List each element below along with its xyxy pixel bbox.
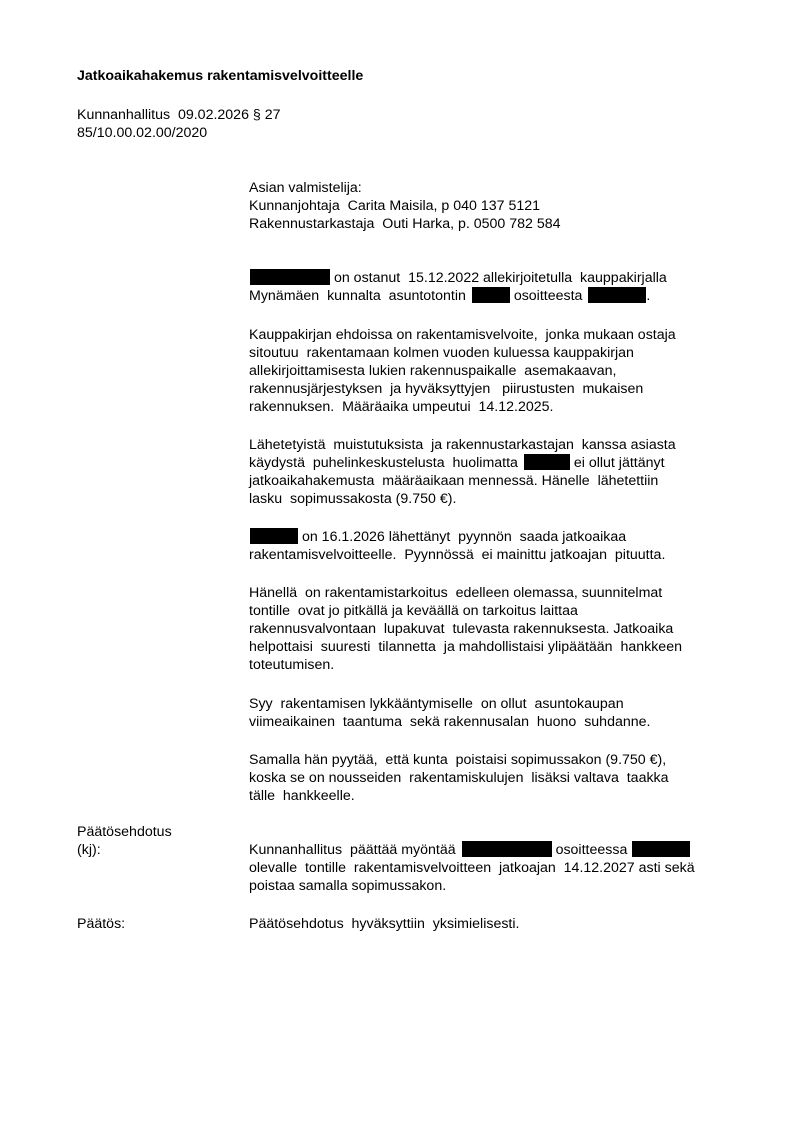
paragraph-request: on 16.1.2026 lähettänyt pyynnön saada ja…: [249, 528, 749, 564]
proposal-text: Kunnanhallitus päättää myöntää osoittees…: [249, 841, 749, 895]
paragraph-intent: Hänellä on rakentamistarkoitus edelleen …: [249, 584, 749, 674]
redacted-name: [462, 841, 552, 857]
meeting-info: Kunnanhallitus 09.02.2026 § 27 85/10.00.…: [77, 106, 281, 142]
paragraph-line: Hänellä on rakentamistarkoitus edelleen …: [249, 584, 749, 602]
label-text: Päätösehdotus: [77, 823, 172, 841]
proposal-label: Päätösehdotus (kj):: [77, 823, 172, 859]
redacted-plot-number: [472, 287, 510, 303]
redacted-address: [588, 287, 646, 303]
decision-text: Päätösehdotus hyväksyttiin yksimielisest…: [249, 915, 749, 933]
paragraph-line: allekirjoittamisesta lukien rakennuspaik…: [249, 362, 749, 380]
paragraph-line: jatkoaikahakemusta määräaikaan mennessä.…: [249, 472, 749, 490]
redacted-name: [524, 454, 570, 470]
paragraph-line: toteutumisen.: [249, 656, 749, 674]
document-page: Jatkoaikahakemus rakentamisvelvoitteelle…: [0, 0, 794, 1122]
text-segment: käydystä puhelinkeskustelusta huolimatta: [249, 455, 518, 471]
preparer-block: Asian valmistelija: Kunnanjohtaja Carita…: [249, 179, 749, 233]
paragraph-line: on 16.1.2026 lähettänyt pyynnön saada ja…: [249, 528, 749, 546]
paragraph-line: tontille ovat jo pitkällä ja keväällä on…: [249, 602, 749, 620]
record-number: 85/10.00.02.00/2020: [77, 124, 281, 142]
text-segment: .: [646, 288, 650, 304]
text-segment: ei ollut jättänyt: [574, 455, 665, 471]
paragraph-line: käydystä puhelinkeskustelusta huolimatta…: [249, 454, 749, 472]
paragraph-line: Lähetetyistä muistutuksista ja rakennust…: [249, 436, 749, 454]
paragraph-penalty-request: Samalla hän pyytää, että kunta poistaisi…: [249, 751, 749, 805]
preparer-line: Rakennustarkastaja Outi Harka, p. 0500 7…: [249, 215, 749, 233]
paragraph-line: Kunnanhallitus päättää myöntää osoittees…: [249, 841, 749, 859]
paragraph-line: Kauppakirjan ehdoissa on rakentamisvelvo…: [249, 326, 749, 344]
paragraph-line: Syy rakentamisen lykkääntymiselle on oll…: [249, 695, 749, 713]
decision-label: Päätös:: [77, 915, 125, 933]
paragraph-line: lasku sopimussakosta (9.750 €).: [249, 490, 749, 508]
paragraph-line: viimeaikainen taantuma sekä rakennusalan…: [249, 713, 749, 731]
paragraph-reminders: Lähetetyistä muistutuksista ja rakennust…: [249, 436, 749, 508]
paragraph-line: tälle hankkeelle.: [249, 787, 749, 805]
text-segment: Mynämäen kunnalta asuntotontin: [249, 288, 466, 304]
paragraph-line: rakennuksen. Määräaika umpeutui 14.12.20…: [249, 398, 749, 416]
paragraph-purchase: on ostanut 15.12.2022 allekirjoitetulla …: [249, 269, 749, 305]
text-segment: Kunnanhallitus päättää myöntää: [249, 842, 456, 858]
paragraph-line: Samalla hän pyytää, että kunta poistaisi…: [249, 751, 749, 769]
preparer-line: Kunnanjohtaja Carita Maisila, p 040 137 …: [249, 197, 749, 215]
text-segment: osoitteesta: [514, 288, 583, 304]
preparer-heading: Asian valmistelija:: [249, 179, 749, 197]
redacted-name: [250, 269, 330, 285]
paragraph-reason: Syy rakentamisen lykkääntymiselle on oll…: [249, 695, 749, 731]
document-title: Jatkoaikahakemus rakentamisvelvoitteelle: [77, 68, 363, 84]
text-segment: on ostanut 15.12.2022 allekirjoitetulla …: [334, 270, 667, 286]
text-segment: on 16.1.2026 lähettänyt pyynnön saada ja…: [302, 529, 626, 545]
paragraph-line: Päätösehdotus hyväksyttiin yksimielisest…: [249, 915, 749, 933]
redacted-address: [632, 841, 690, 857]
paragraph-line: rakentamisvelvoitteelle. Pyynnössä ei ma…: [249, 546, 749, 564]
paragraph-line: Mynämäen kunnalta asuntotontin osoittees…: [249, 287, 749, 305]
paragraph-line: sitoutuu rakentamaan kolmen vuoden kulue…: [249, 344, 749, 362]
paragraph-line: rakennusjärjestyksen ja hyväksyttyjen pi…: [249, 380, 749, 398]
paragraph-line: poistaa samalla sopimussakon.: [249, 877, 749, 895]
paragraph-line: koska se on nousseiden rakentamiskulujen…: [249, 769, 749, 787]
paragraph-obligation: Kauppakirjan ehdoissa on rakentamisvelvo…: [249, 326, 749, 416]
paragraph-line: on ostanut 15.12.2022 allekirjoitetulla …: [249, 269, 749, 287]
label-text: (kj):: [77, 841, 172, 859]
redacted-name: [250, 528, 298, 544]
paragraph-line: helpottaisi suuresti tilannetta ja mahdo…: [249, 638, 749, 656]
paragraph-line: rakennusvalvontaan lupakuvat tulevasta r…: [249, 620, 749, 638]
meeting-line: Kunnanhallitus 09.02.2026 § 27: [77, 106, 281, 124]
paragraph-line: olevalle tontille rakentamisvelvoitteen …: [249, 859, 749, 877]
text-segment: osoitteessa: [556, 842, 628, 858]
